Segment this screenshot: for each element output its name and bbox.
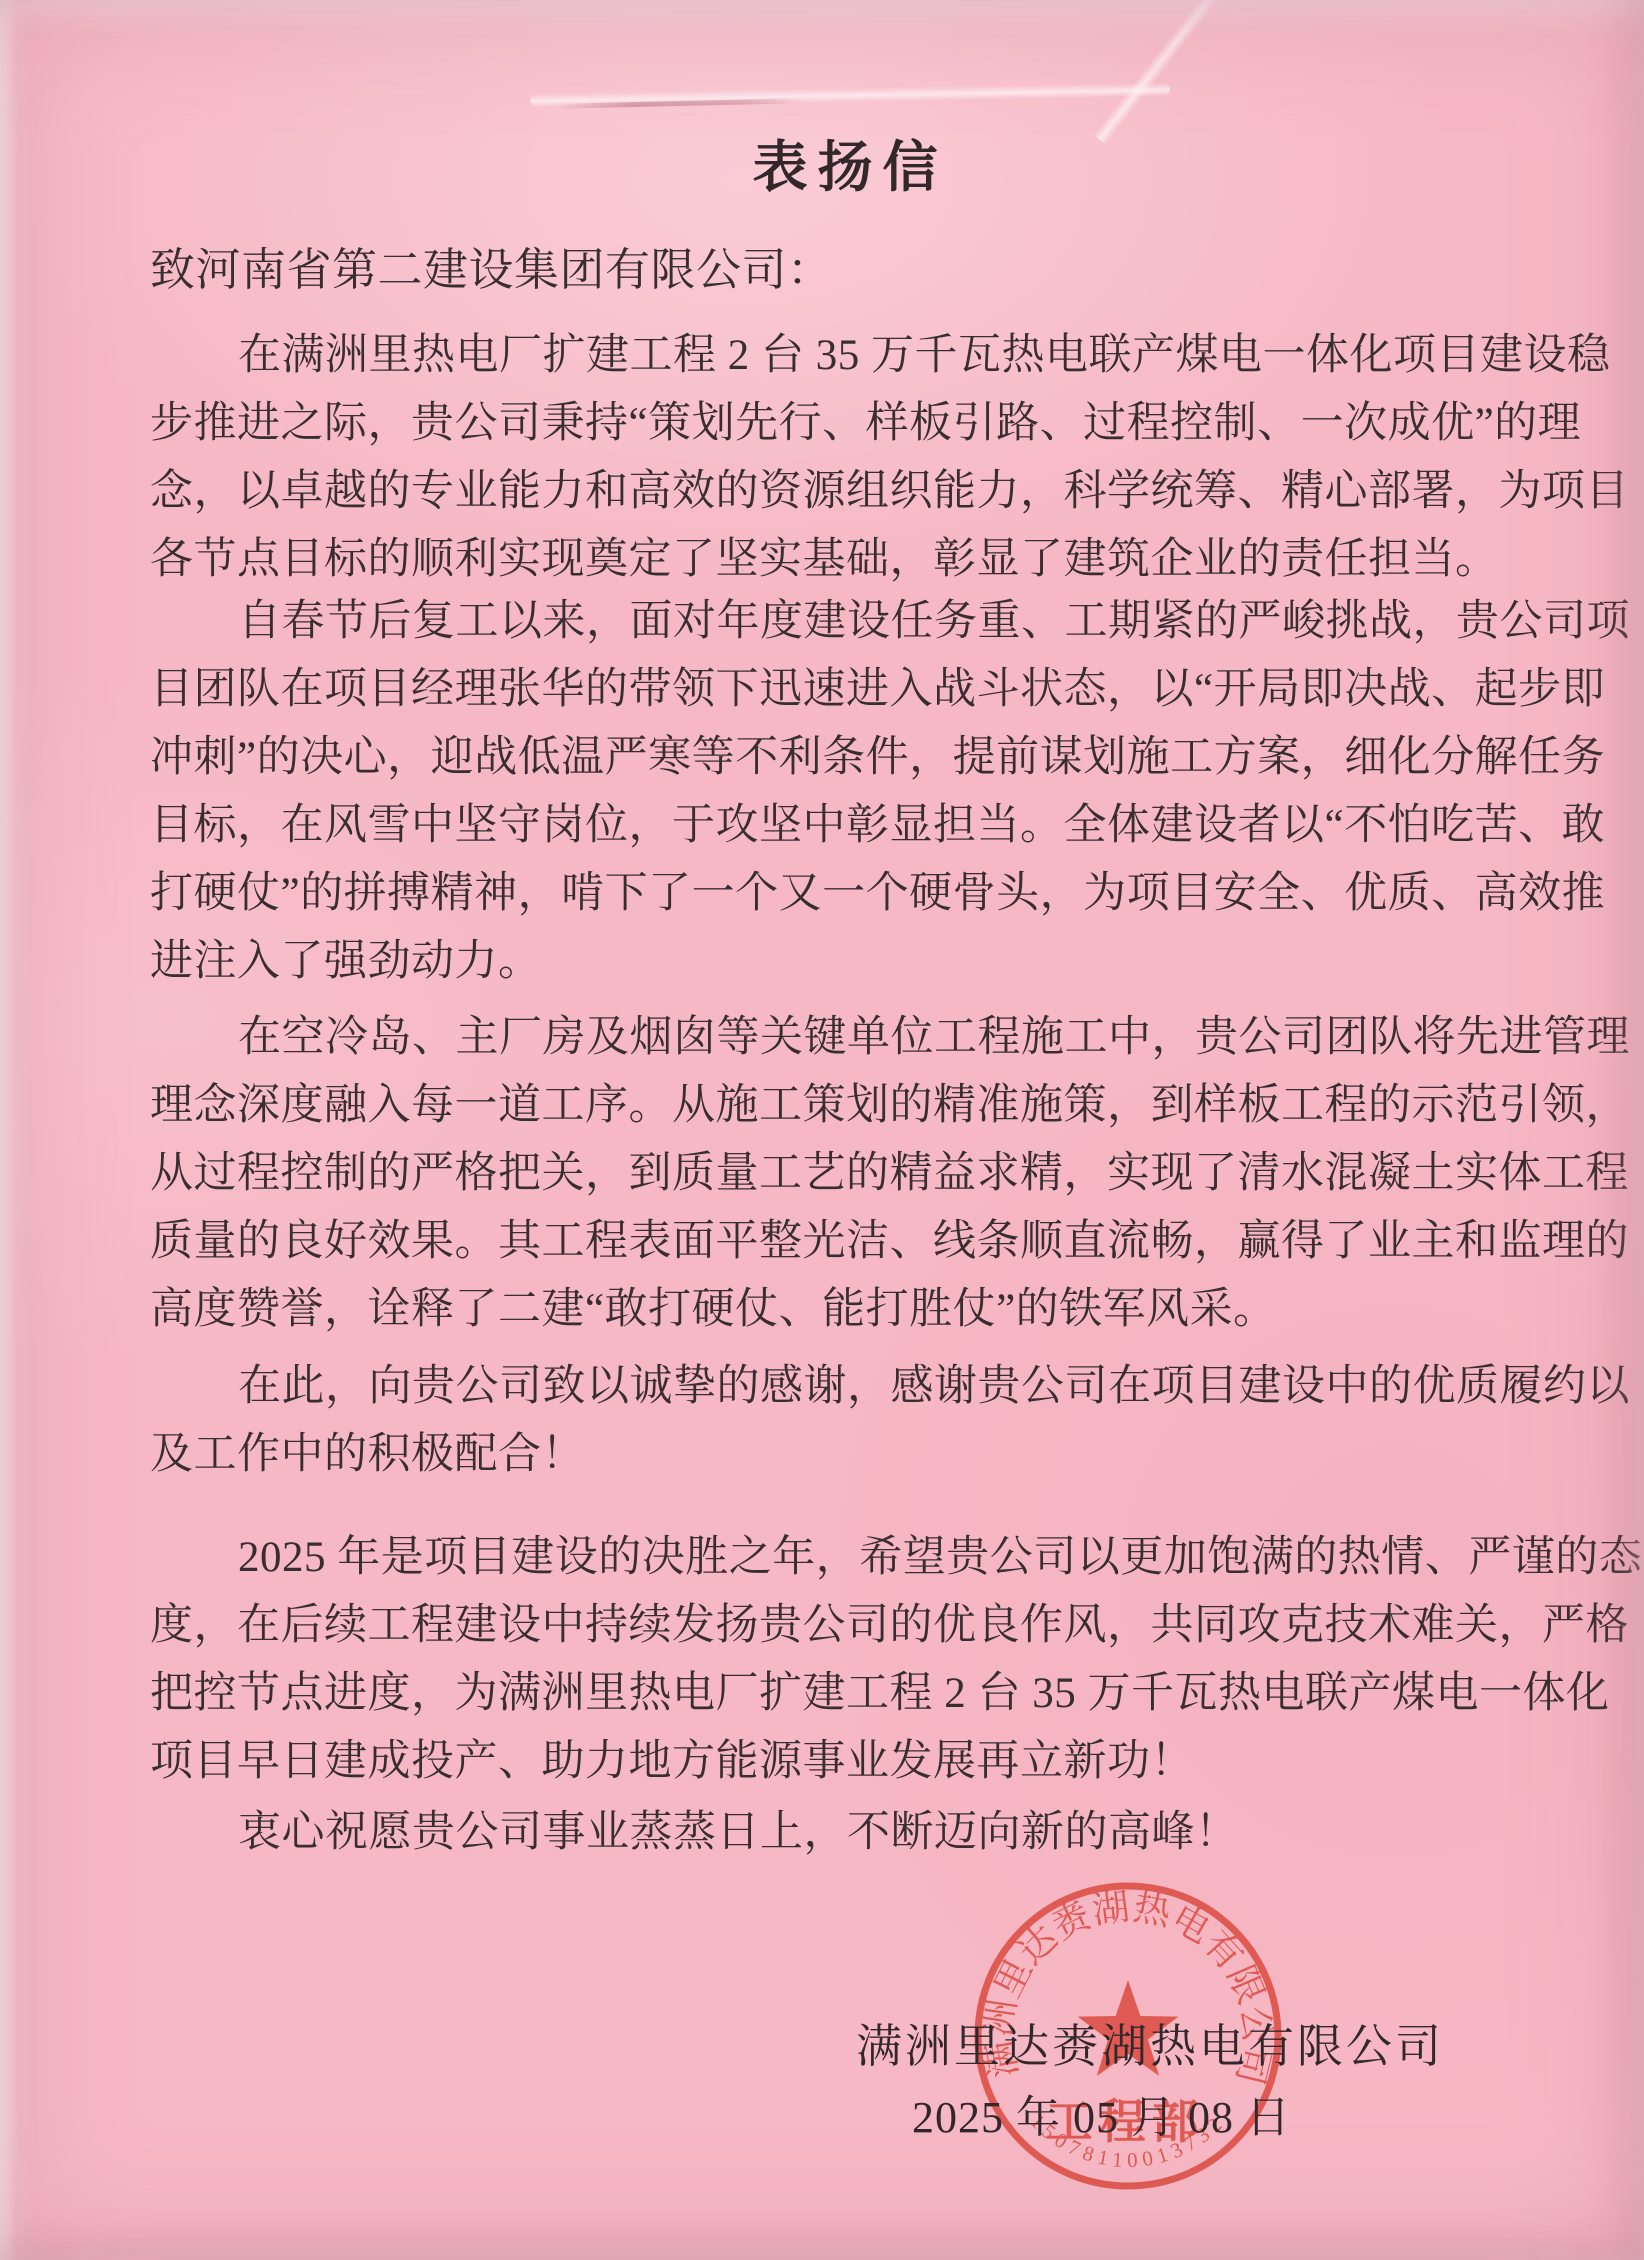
- body-line: 目团队在项目经理张华的带领下迅速进入战斗状态，以“开局即决战、起步即: [150, 656, 1534, 724]
- body-line: 从过程控制的严格把关，到质量工艺的精益求精，实现了清水混凝土实体工程: [150, 1140, 1534, 1208]
- paragraph-1: 在满洲里热电厂扩建工程 2 台 35 万千瓦热电联产煤电一体化项目建设稳 步推进…: [150, 322, 1534, 594]
- body-line: 打硬仗”的拼搏精神，啃下了一个又一个硬骨头，为项目安全、优质、高效推: [150, 860, 1534, 928]
- body-line: 自春节后复工以来，面对年度建设任务重、工期紧的严峻挑战，贵公司项: [150, 588, 1534, 656]
- paper-edge-highlight: [0, 0, 16, 2260]
- body-line: 理念深度融入每一道工序。从施工策划的精准施策，到样板工程的示范引领，: [150, 1072, 1534, 1140]
- letter-page: 表扬信 致河南省第二建设集团有限公司： 在满洲里热电厂扩建工程 2 台 35 万…: [0, 0, 1644, 2260]
- body-line: 衷心祝愿贵公司事业蒸蒸日上，不断迈向新的高峰！: [150, 1799, 1534, 1867]
- paragraph-3: 在空冷岛、主厂房及烟囱等关键单位工程施工中，贵公司团队将先进管理 理念深度融入每…: [150, 1004, 1534, 1344]
- body-line: 各节点目标的顺利实现奠定了坚实基础，彰显了建筑企业的责任担当。: [150, 526, 1534, 594]
- body-line: 项目早日建成投产、助力地方能源事业发展再立新功！: [150, 1728, 1534, 1796]
- body-line: 度，在后续工程建设中持续发扬贵公司的优良作风，共同攻克技术难关，严格: [150, 1592, 1534, 1660]
- paper-crease-diagonal: [1093, 0, 1223, 145]
- body-line: 冲刺”的决心，迎战低温严寒等不利条件，提前谋划施工方案，细化分解任务: [150, 724, 1534, 792]
- body-line: 念，以卓越的专业能力和高效的资源组织能力，科学统筹、精心部署，为项目: [150, 458, 1534, 526]
- body-line: 质量的良好效果。其工程表面平整光洁、线条顺直流畅，赢得了业主和监理的: [150, 1208, 1534, 1276]
- body-line: 及工作中的积极配合！: [150, 1421, 1534, 1489]
- salutation-line: 致河南省第二建设集团有限公司：: [150, 236, 833, 304]
- letter-title: 表扬信: [28, 133, 1644, 203]
- body-line: 步推进之际，贵公司秉持“策划先行、样板引路、过程控制、一次成优”的理: [150, 390, 1534, 458]
- body-line: 把控节点进度，为满洲里热电厂扩建工程 2 台 35 万千瓦热电联产煤电一体化: [150, 1660, 1534, 1728]
- signature-date: 2025 年 05 月 08 日: [912, 2084, 1291, 2152]
- signature-company-name: 满洲里达赉湖热电有限公司: [856, 2013, 1444, 2081]
- paragraph-2: 自春节后复工以来，面对年度建设任务重、工期紧的严峻挑战，贵公司项 目团队在项目经…: [150, 588, 1534, 996]
- body-line: 高度赞誉，诠释了二建“敢打硬仗、能打胜仗”的铁军风采。: [150, 1276, 1534, 1344]
- paragraph-4: 在此，向贵公司致以诚挚的感谢，感谢贵公司在项目建设中的优质履约以 及工作中的积极…: [150, 1353, 1534, 1489]
- body-line: 在空冷岛、主厂房及烟囱等关键单位工程施工中，贵公司团队将先进管理: [150, 1004, 1534, 1072]
- paragraph-6: 衷心祝愿贵公司事业蒸蒸日上，不断迈向新的高峰！: [150, 1799, 1534, 1867]
- body-line: 在此，向贵公司致以诚挚的感谢，感谢贵公司在项目建设中的优质履约以: [150, 1353, 1534, 1421]
- body-line: 在满洲里热电厂扩建工程 2 台 35 万千瓦热电联产煤电一体化项目建设稳: [150, 322, 1534, 390]
- body-line: 目标，在风雪中坚守岗位，于攻坚中彰显担当。全体建设者以“不怕吃苦、敢: [150, 792, 1534, 860]
- body-line: 2025 年是项目建设的决胜之年，希望贵公司以更加饱满的热情、严谨的态: [150, 1524, 1534, 1592]
- body-line: 进注入了强劲动力。: [150, 928, 1534, 996]
- paragraph-5: 2025 年是项目建设的决胜之年，希望贵公司以更加饱满的热情、严谨的态 度，在后…: [150, 1524, 1534, 1796]
